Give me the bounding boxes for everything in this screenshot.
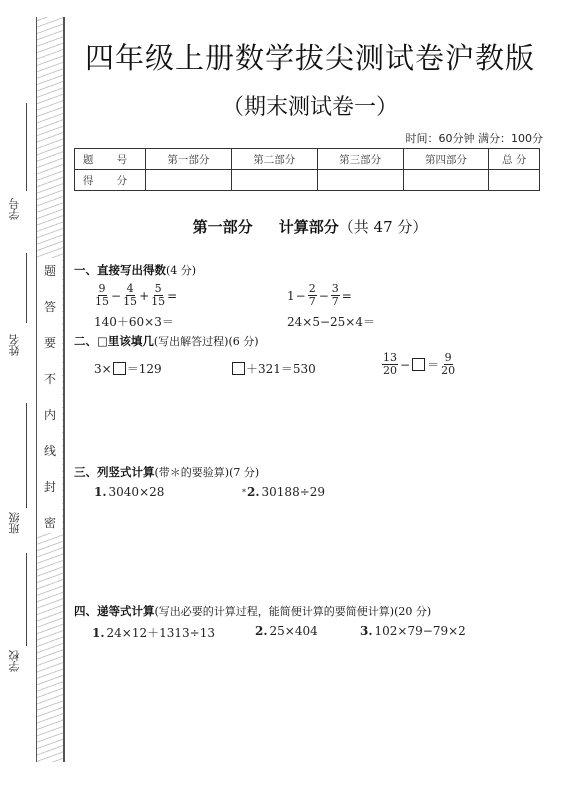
section-note: (写出解答过程) <box>154 335 229 348</box>
section-note: (写出必要的计算过程，能简便计算的要简便计算) <box>155 605 395 618</box>
fraction: 1320 <box>382 352 398 377</box>
part-number: 第一部分 <box>193 218 253 236</box>
section-note: (带＊的要验算) <box>155 466 230 479</box>
seal-char: 密 <box>40 514 60 531</box>
blank-box[interactable] <box>113 362 126 375</box>
header-cell: 题 号 <box>75 149 146 170</box>
header-cell: 第三部分 <box>317 149 403 170</box>
score-cell[interactable] <box>317 170 403 191</box>
part-title: 第一部分 计算部分（共 47 分） <box>65 216 555 237</box>
section-points: (6 分) <box>228 335 258 348</box>
header-cell: 第二部分 <box>231 149 317 170</box>
section-4-heading: 四、递等式计算(写出必要的计算过程，能简便计算的要简便计算)(20 分) <box>74 603 431 619</box>
section-title: 三、列竖式计算 <box>74 465 155 479</box>
name-field[interactable] <box>26 253 27 323</box>
score-cell[interactable] <box>146 170 232 191</box>
row-label: 得 分 <box>75 170 146 191</box>
section-title: 二、□里该填几 <box>74 334 154 348</box>
score-table: 题 号 第一部分 第二部分 第三部分 第四部分 总 分 得 分 <box>74 148 540 191</box>
section-title: 一、直接写出得数 <box>74 263 166 277</box>
verify-star-icon: * <box>242 488 246 497</box>
school-field[interactable] <box>26 553 27 646</box>
fraction: 27 <box>308 283 317 308</box>
header-cell: 总 分 <box>489 149 540 170</box>
blank-box[interactable] <box>412 358 425 371</box>
answer-space-section-3[interactable] <box>74 505 544 600</box>
student-id-label: 学号 <box>8 198 24 220</box>
seal-char: 内 <box>40 406 60 423</box>
section-points: (20 分) <box>394 605 431 618</box>
question-1b: 1 − 27 − 37 = <box>287 283 353 308</box>
fraction: 515 <box>151 283 165 308</box>
section-title: 四、递等式计算 <box>74 604 155 618</box>
seal-char: 不 <box>40 370 60 387</box>
score-table-score-row: 得 分 <box>75 170 540 191</box>
section-1-heading: 一、直接写出得数(4 分) <box>74 262 196 278</box>
fraction: 920 <box>441 352 455 377</box>
blank-box[interactable] <box>232 362 245 375</box>
section-points: (7 分) <box>229 466 259 479</box>
page-title: 四年级上册数学拔尖测试卷沪教版 <box>65 36 555 77</box>
score-cell[interactable] <box>489 170 540 191</box>
question-1d: 24×5−25×4＝ <box>287 313 375 330</box>
time-and-score-info: 时间：60分钟 满分：100分 <box>406 130 544 146</box>
section-3-heading: 三、列竖式计算(带＊的要验算)(7 分) <box>74 464 259 480</box>
score-cell[interactable] <box>231 170 317 191</box>
part-name: 计算部分 <box>279 218 339 236</box>
fraction: 37 <box>331 283 340 308</box>
fraction: 915 <box>95 283 109 308</box>
page-subtitle: （期末测试卷一） <box>65 90 555 121</box>
section-points: (4 分) <box>166 264 196 277</box>
question-2b: ＋321＝530 <box>231 360 316 377</box>
header-cell: 第一部分 <box>146 149 232 170</box>
seal-char: 题 <box>40 262 60 279</box>
question-1a: 915 − 415 + 515 = <box>94 283 178 308</box>
class-label: 班级 <box>8 512 24 534</box>
header-cell: 第四部分 <box>403 149 489 170</box>
question-3-2: *2.30188÷29 <box>242 485 325 499</box>
question-4-3: 3.102×79−79×2 <box>360 624 466 638</box>
question-2a: 3×＝129 <box>94 360 162 377</box>
seal-char: 封 <box>40 478 60 495</box>
name-label: 姓名 <box>8 334 24 356</box>
class-field[interactable] <box>26 403 27 508</box>
question-3-1: 1.3040×28 <box>94 485 164 499</box>
seal-char: 答 <box>40 298 60 315</box>
score-cell[interactable] <box>403 170 489 191</box>
answer-space-section-2[interactable] <box>74 385 544 460</box>
part-points: （共 47 分） <box>339 218 428 236</box>
seal-char: 线 <box>40 442 60 459</box>
question-1c: 140＋60×3＝ <box>94 313 174 330</box>
section-2-heading: 二、□里该填几(写出解答过程)(6 分) <box>74 333 259 349</box>
fraction: 415 <box>123 283 137 308</box>
school-label: 学校 <box>8 650 24 672</box>
question-4-2: 2.25×404 <box>255 624 318 638</box>
answer-space-section-4[interactable] <box>74 645 544 765</box>
question-2c: 1320 −＝ 920 <box>381 352 456 377</box>
student-id-field[interactable] <box>26 103 27 191</box>
question-4-1: 1.24×12＋1313÷13 <box>92 624 215 641</box>
seal-char: 要 <box>40 334 60 351</box>
score-table-header-row: 题 号 第一部分 第二部分 第三部分 第四部分 总 分 <box>75 149 540 170</box>
